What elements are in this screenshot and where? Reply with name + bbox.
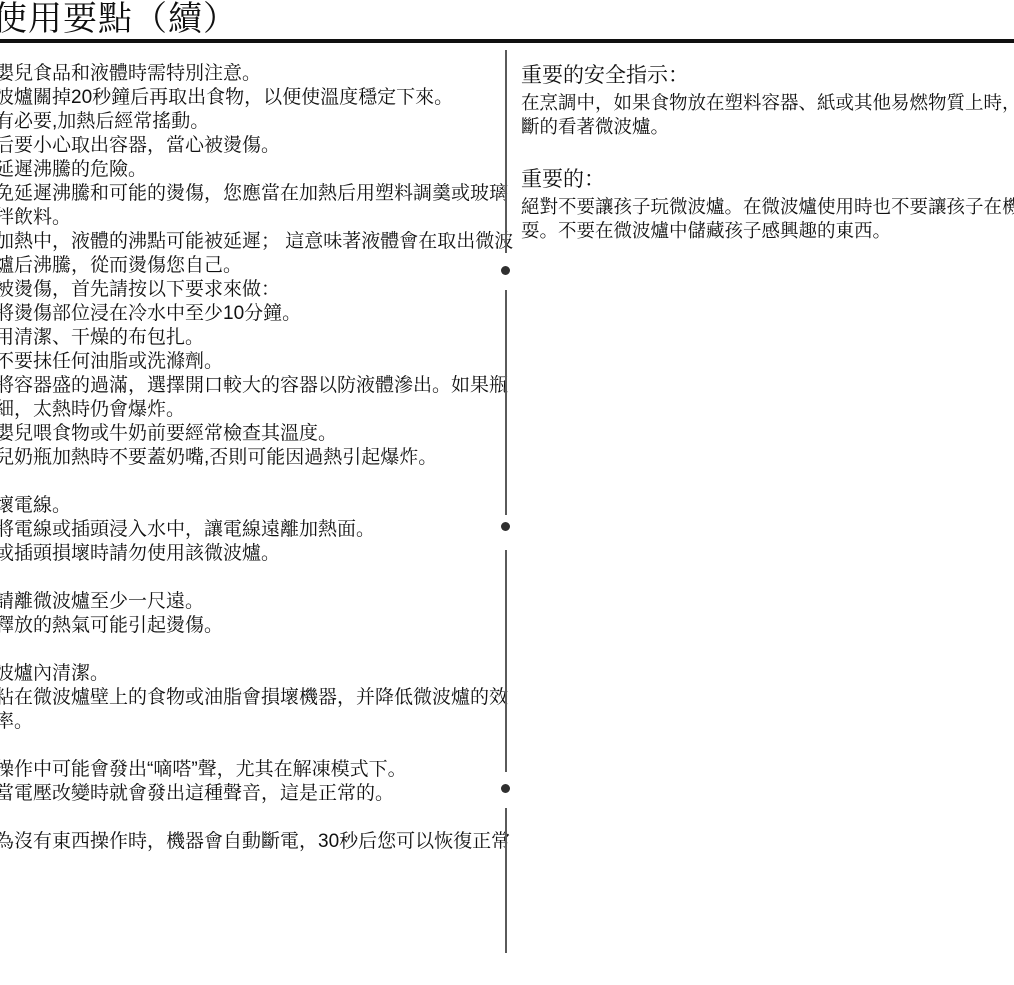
text-line: 波爐關掉20秒鐘后再取出食物，以便使溫度穩定下來。 xyxy=(0,86,513,110)
title-rule xyxy=(0,39,1014,43)
text-line: 當電壓改變時就會發出這種聲音，這是正常的。 xyxy=(0,782,513,806)
text-line: 波爐內清潔。 xyxy=(0,662,513,686)
paragraph-group: 波爐內清潔。 粘在微波爐壁上的食物或油脂會損壞機器，并降低微波爐的效 率。 xyxy=(0,662,513,734)
text-line: 或插頭損壞時請勿使用該微波爐。 xyxy=(0,542,513,566)
text-line: 斷的看著微波爐。 xyxy=(521,115,1014,139)
text-line: 有必要,加熱后經常搖動。 xyxy=(0,110,513,134)
text-line: 在烹調中，如果食物放在塑料容器、紙或其他易燃物質上時，您 xyxy=(521,91,1014,115)
text-line: 率。 xyxy=(0,710,513,734)
text-line: 延遲沸騰的危險。 xyxy=(0,158,513,182)
divider-bullet-icon xyxy=(501,784,510,793)
paragraph-group: 為沒有東西操作時，機器會自動斷電，30秒后您可以恢復正常 xyxy=(0,830,513,854)
text-line: 耍。不要在微波爐中儲藏孩子感興趣的東西。 xyxy=(521,219,1014,243)
text-line: 細，太熱時仍會爆炸。 xyxy=(0,398,513,422)
divider-bullet-icon xyxy=(501,522,510,531)
manual-page: 使用要點（續） 嬰兒食品和液體時需特別注意。 波爐關掉20秒鐘后再取出食物，以便… xyxy=(0,0,1014,985)
divider-bullet-icon xyxy=(501,266,510,275)
paragraph-group: 請離微波爐至少一尺遠。 釋放的熱氣可能引起燙傷。 xyxy=(0,590,513,638)
text-line: 被燙傷，首先請按以下要求來做： xyxy=(0,278,513,302)
section-heading: 重要的： xyxy=(521,166,1014,192)
paragraph-group: 壞電線。 將電線或插頭浸入水中，讓電線遠離加熱面。 或插頭損壞時請勿使用該微波爐… xyxy=(0,494,513,566)
column-divider-segment xyxy=(505,290,507,515)
text-line: 嬰兒喂食物或牛奶前要經常檢查其溫度。 xyxy=(0,422,513,446)
text-line: 拌飲料。 xyxy=(0,206,513,230)
page-title: 使用要點（續） xyxy=(0,0,238,40)
text-line: 壞電線。 xyxy=(0,494,513,518)
right-text-column: 重要的安全指示： 在烹調中，如果食物放在塑料容器、紙或其他易燃物質上時，您 斷的… xyxy=(521,62,1014,243)
left-text-column: 嬰兒食品和液體時需特別注意。 波爐關掉20秒鐘后再取出食物，以便使溫度穩定下來。… xyxy=(0,62,513,878)
safety-instructions-section: 重要的安全指示： 在烹調中，如果食物放在塑料容器、紙或其他易燃物質上時，您 斷的… xyxy=(521,62,1014,139)
text-line: 免延遲沸騰和可能的燙傷，您應當在加熱后用塑料調羹或玻璃 xyxy=(0,182,513,206)
paragraph-group: 嬰兒食品和液體時需特別注意。 波爐關掉20秒鐘后再取出食物，以便使溫度穩定下來。… xyxy=(0,62,513,470)
text-line: 嬰兒食品和液體時需特別注意。 xyxy=(0,62,513,86)
column-divider-segment xyxy=(505,808,507,953)
text-line: 用清潔、干燥的布包扎。 xyxy=(0,326,513,350)
text-line: 不要抹任何油脂或洗滌劑。 xyxy=(0,350,513,374)
text-line: 將容器盛的過滿，選擇開口較大的容器以防液體滲出。如果瓶 xyxy=(0,374,513,398)
text-line: 加熱中，液體的沸點可能被延遲； 這意味著液體會在取出微波 xyxy=(0,230,513,254)
text-line: 操作中可能會發出“嘀嗒”聲，尤其在解凍模式下。 xyxy=(0,758,513,782)
text-line: 爐后沸騰，從而燙傷您自己。 xyxy=(0,254,513,278)
text-line: 絕對不要讓孩子玩微波爐。在微波爐使用時也不要讓孩子在機器 xyxy=(521,195,1014,219)
column-divider-segment xyxy=(505,550,507,772)
text-line: 后要小心取出容器，當心被燙傷。 xyxy=(0,134,513,158)
text-line: 兒奶瓶加熱時不要蓋奶嘴,否則可能因過熱引起爆炸。 xyxy=(0,446,513,470)
text-line: 釋放的熱氣可能引起燙傷。 xyxy=(0,614,513,638)
text-line: 將燙傷部位浸在冷水中至少10分鐘。 xyxy=(0,302,513,326)
text-line: 請離微波爐至少一尺遠。 xyxy=(0,590,513,614)
paragraph-group: 操作中可能會發出“嘀嗒”聲，尤其在解凍模式下。 當電壓改變時就會發出這種聲音，這… xyxy=(0,758,513,806)
section-heading: 重要的安全指示： xyxy=(521,62,1014,88)
text-line: 將電線或插頭浸入水中，讓電線遠離加熱面。 xyxy=(0,518,513,542)
text-line: 為沒有東西操作時，機器會自動斷電，30秒后您可以恢復正常 xyxy=(0,830,513,854)
important-note-section: 重要的： 絕對不要讓孩子玩微波爐。在微波爐使用時也不要讓孩子在機器 耍。不要在微… xyxy=(521,166,1014,243)
text-line: 粘在微波爐壁上的食物或油脂會損壞機器，并降低微波爐的效 xyxy=(0,686,513,710)
column-divider-segment xyxy=(505,50,507,253)
